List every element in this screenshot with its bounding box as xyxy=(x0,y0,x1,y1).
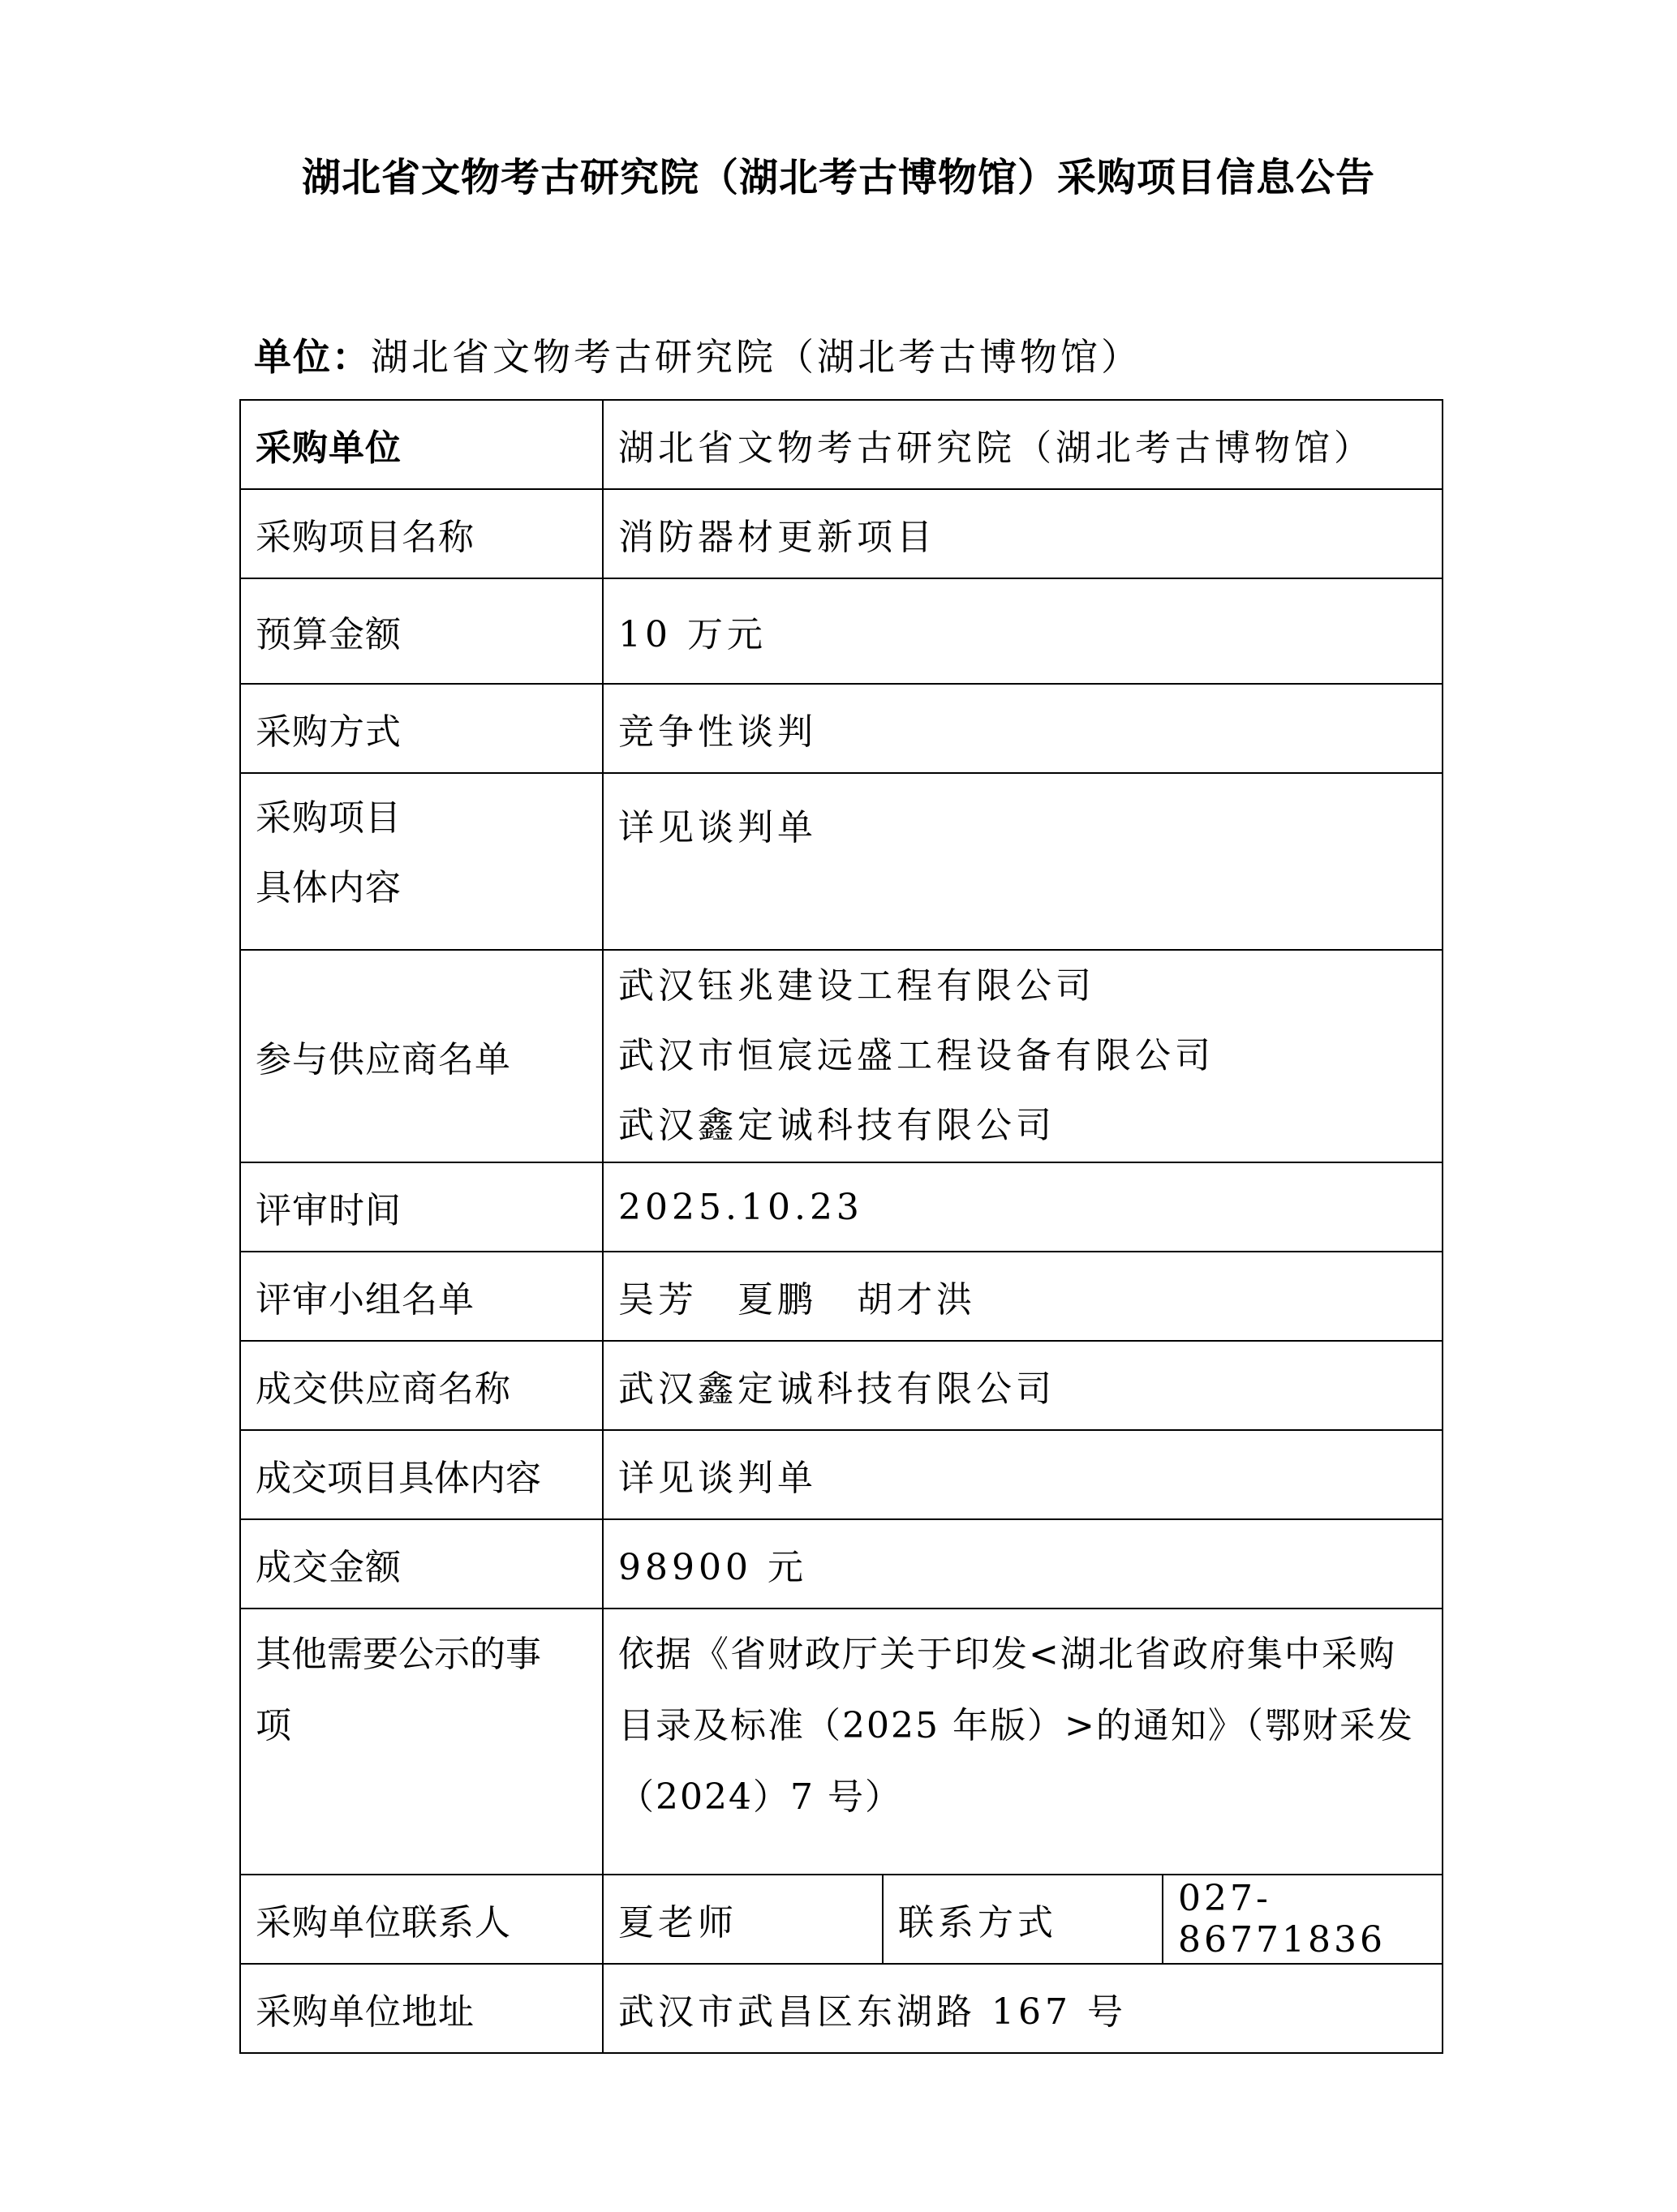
table-row: 采购方式 竞争性谈判 xyxy=(240,684,1443,773)
unit-line: 单位：湖北省文物考古研究院（湖北考古博物馆） xyxy=(254,328,1142,381)
table-row: 采购项目名称 消防器材更新项目 xyxy=(240,489,1443,578)
table-row: 成交项目具体内容 详见谈判单 xyxy=(240,1430,1443,1519)
supplier-item: 武汉鑫定诚科技有限公司 xyxy=(618,1091,1442,1161)
procurement-info-table: 采购单位 湖北省文物考古研究院（湖北考古博物馆） 采购项目名称 消防器材更新项目… xyxy=(239,399,1443,2054)
address-label: 采购单位地址 xyxy=(240,1964,603,2053)
address-value: 武汉市武昌区东湖路 167 号 xyxy=(603,1964,1443,2053)
table-row: 成交供应商名称 武汉鑫定诚科技有限公司 xyxy=(240,1341,1443,1430)
table-row: 评审小组名单 吴芳 夏鹏 胡才洪 xyxy=(240,1252,1443,1341)
other-label: 其他需要公示的事 项 xyxy=(240,1609,603,1875)
review-time-label: 评审时间 xyxy=(240,1162,603,1252)
contact-person: 夏老师 xyxy=(603,1875,883,1964)
review-panel-label: 评审小组名单 xyxy=(240,1252,603,1341)
winner-value: 武汉鑫定诚科技有限公司 xyxy=(603,1341,1443,1430)
deal-content-label: 成交项目具体内容 xyxy=(240,1430,603,1519)
contact-method-label: 联系方式 xyxy=(883,1875,1163,1964)
page-title: 湖北省文物考古研究院（湖北考古博物馆）采购项目信息公告 xyxy=(0,146,1677,202)
content-label-line-2: 具体内容 xyxy=(256,853,602,923)
purchaser-label: 采购单位 xyxy=(240,400,603,489)
table-row: 采购单位地址 武汉市武昌区东湖路 167 号 xyxy=(240,1964,1443,2053)
unit-label: 单位： xyxy=(254,335,371,379)
other-value-line-1: 依据《省财政厅关于印发<湖北省政府集中采购 xyxy=(618,1619,1442,1690)
method-value: 竞争性谈判 xyxy=(603,684,1443,773)
deal-content-value: 详见谈判单 xyxy=(603,1430,1443,1519)
supplier-item: 武汉市恒宸远盛工程设备有限公司 xyxy=(618,1021,1442,1091)
review-panel-value: 吴芳 夏鹏 胡才洪 xyxy=(603,1252,1443,1341)
supplier-item: 武汉钰兆建设工程有限公司 xyxy=(618,951,1442,1021)
project-name-label: 采购项目名称 xyxy=(240,489,603,578)
content-label: 采购项目 具体内容 xyxy=(240,773,603,950)
table-row: 预算金额 10 万元 xyxy=(240,578,1443,684)
suppliers-label: 参与供应商名单 xyxy=(240,950,603,1162)
budget-value: 10 万元 xyxy=(603,578,1443,684)
other-label-line-1: 其他需要公示的事 xyxy=(256,1619,602,1690)
table-row: 其他需要公示的事 项 依据《省财政厅关于印发<湖北省政府集中采购 目录及标准（2… xyxy=(240,1609,1443,1875)
table-row: 采购单位联系人 夏老师 联系方式 027-86771836 xyxy=(240,1875,1443,1964)
other-value-line-2: 目录及标准（2025 年版）>的通知》（鄂财采发 xyxy=(618,1690,1442,1762)
table-row: 采购项目 具体内容 详见谈判单 xyxy=(240,773,1443,950)
table-row: 成交金额 98900 元 xyxy=(240,1519,1443,1609)
contact-label: 采购单位联系人 xyxy=(240,1875,603,1964)
other-value-line-3: （2024）7 号） xyxy=(618,1762,1442,1833)
content-value: 详见谈判单 xyxy=(603,773,1443,950)
contact-phone: 027-86771836 xyxy=(1163,1875,1443,1964)
winner-label: 成交供应商名称 xyxy=(240,1341,603,1430)
project-name-value: 消防器材更新项目 xyxy=(603,489,1443,578)
method-label: 采购方式 xyxy=(240,684,603,773)
content-label-line-1: 采购项目 xyxy=(256,784,602,853)
deal-amount-value: 98900 元 xyxy=(603,1519,1443,1609)
other-value: 依据《省财政厅关于印发<湖北省政府集中采购 目录及标准（2025 年版）>的通知… xyxy=(603,1609,1443,1875)
table-row: 参与供应商名单 武汉钰兆建设工程有限公司 武汉市恒宸远盛工程设备有限公司 武汉鑫… xyxy=(240,950,1443,1162)
deal-amount-label: 成交金额 xyxy=(240,1519,603,1609)
suppliers-list: 武汉钰兆建设工程有限公司 武汉市恒宸远盛工程设备有限公司 武汉鑫定诚科技有限公司 xyxy=(603,950,1443,1162)
budget-label: 预算金额 xyxy=(240,578,603,684)
review-time-value: 2025.10.23 xyxy=(603,1162,1443,1252)
unit-value: 湖北省文物考古研究院（湖北考古博物馆） xyxy=(371,335,1142,379)
table-row: 评审时间 2025.10.23 xyxy=(240,1162,1443,1252)
purchaser-value: 湖北省文物考古研究院（湖北考古博物馆） xyxy=(603,400,1443,489)
other-label-line-2: 项 xyxy=(256,1690,602,1762)
table-row: 采购单位 湖北省文物考古研究院（湖北考古博物馆） xyxy=(240,400,1443,489)
